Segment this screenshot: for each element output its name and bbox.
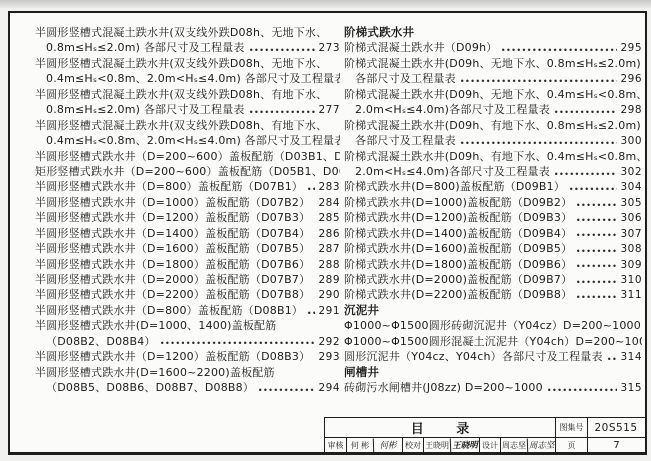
- toc-page-number: 315: [620, 381, 642, 395]
- toc-column-left: 半圆形竖槽式混凝土跌水井(双支线外跌D08h、无地下水、 0.8m≤Hₛ≤2.0…: [35, 25, 340, 396]
- toc-entry: 阶梯式跌水井(D=2200)盖板配筋（D09B8）311: [344, 287, 642, 302]
- toc-heading-text: 沉泥井: [344, 303, 379, 318]
- toc-entry-text: 半圆形竖槽式跌水井（D=1800）盖板配筋（D07B6）: [35, 257, 310, 272]
- toc-entry-text: 半圆形竖槽式跌水井（D=800）盖板配筋（D08B1）: [35, 303, 303, 318]
- toc-entry: （D08B2、D08B4）292: [35, 334, 340, 349]
- dot-leader: [576, 275, 617, 285]
- toc-page-number: 307: [620, 227, 642, 241]
- toc-entry-text: 圆形沉泥井（Y04cz、Y04ch）各部尺寸及工程量表: [344, 349, 603, 364]
- toc-entry: 半圆形竖槽式跌水井(D=1600~2200)盖板配筋: [35, 365, 340, 380]
- dot-leader: [576, 290, 617, 300]
- dot-leader: [314, 259, 315, 269]
- toc-entry: 各部尺寸及工程量表300: [344, 133, 642, 148]
- toc-page-number: 289: [318, 273, 340, 287]
- design-signature: 周志坚: [527, 438, 555, 453]
- toc-page-number: 296: [620, 72, 642, 86]
- toc-entry-text: （D08B2、D08B4）: [46, 334, 156, 349]
- dot-leader: [576, 213, 617, 223]
- toc-entry: 阶梯式跌水井(D=1200)盖板配筋（D09B3）306: [344, 210, 642, 225]
- toc-entry: 半圆形竖槽式跌水井（D=1600）盖板配筋（D07B5）287: [35, 241, 340, 256]
- toc-entry-text: 半圆形竖槽式跌水井（D=2200）盖板配筋（D07B8）: [35, 287, 310, 302]
- toc-entry-text: 半圆形竖槽式跌水井（D=1000）盖板配筋（D07B2）: [35, 195, 310, 210]
- toc-entry: 半圆形竖槽式跌水井（D=200~600）盖板配筋（D03B1、D04B1）281: [35, 149, 340, 164]
- toc-entry: 0.8m≤Hₛ≤2.0m) 各部尺寸及工程量表277: [35, 102, 340, 117]
- toc-entry-text: 半圆形竖槽式混凝土跌水井(双支线外跌D08h、有地下水、: [35, 87, 327, 102]
- dot-leader: [554, 105, 618, 115]
- review-label: 审核: [325, 438, 346, 452]
- dot-leader: [314, 213, 315, 223]
- atlas-number-value: 20S515: [587, 418, 644, 437]
- toc-entry-text: 0.4m≤Hₛ<0.8m、2.0m<Hₛ≤4.0m) 各部尺寸及工程量表: [46, 71, 340, 86]
- dot-leader: [249, 43, 316, 53]
- toc-page-number: 288: [318, 258, 340, 272]
- toc-heading-text: 阶梯式跌水井: [344, 25, 414, 40]
- toc-entry: 半圆形竖槽式跌水井（D=1000）盖板配筋（D07B2）284: [35, 195, 340, 210]
- toc-page-number: 302: [620, 165, 642, 179]
- toc-entry-text: 半圆形竖槽式跌水井（D=1200）盖板配筋（D08B3）: [35, 349, 310, 364]
- toc-page-number: 311: [620, 288, 642, 302]
- check-label: 校对: [402, 438, 423, 452]
- toc-entry: 阶梯式跌水井(D=1600)盖板配筋（D09B5）308: [344, 241, 642, 256]
- toc-entry-text: 半圆形竖槽式跌水井(D=1000、1400)盖板配筋: [35, 318, 276, 333]
- toc-entry: 半圆形竖槽式跌水井（D=1800）盖板配筋（D07B6）288: [35, 257, 340, 272]
- toc-entry-text: Φ1000~Φ1500圆形混凝土沉泥井（Y04ch）D=200~1000: [344, 334, 642, 349]
- toc-entry: 半圆形竖槽式跌水井（D=800）盖板配筋（D07B1）283: [35, 179, 340, 194]
- dot-leader: [501, 43, 617, 53]
- toc-page-number: 308: [620, 242, 642, 256]
- toc-entry-text: 半圆形竖槽式混凝土跌水井(双支线外跌D08h、无地下水、: [35, 56, 327, 71]
- toc-entry: 2.0m<Hₛ≤4.0m)各部尺寸及工程量表302: [344, 164, 642, 179]
- toc-entry: 阶梯式跌水井(D=1800)盖板配筋（D09B6）309: [344, 257, 642, 272]
- dot-leader: [576, 244, 617, 254]
- toc-entry: 阶梯式混凝土跌水井(D09h、无地下水、0.4m≤Hₛ<0.8m、: [344, 87, 642, 102]
- dot-leader: [314, 198, 315, 208]
- dot-leader: [314, 244, 315, 254]
- toc-heading-text: 闸槽井: [344, 365, 379, 380]
- dot-leader: [307, 306, 315, 316]
- toc-entry-text: 阶梯式跌水井(D=1800)盖板配筋（D09B6）: [344, 257, 572, 272]
- dot-leader: [307, 182, 315, 192]
- toc-entry-text: 阶梯式混凝土跌水井(D09h、无地下水、0.4m≤Hₛ<0.8m、: [344, 87, 642, 102]
- toc-page-number: 290: [318, 288, 340, 302]
- toc-entry-text: 阶梯式跌水井(D=1000)盖板配筋（D09B2）: [344, 195, 572, 210]
- toc-entry-text: 阶梯式跌水井(D=2200)盖板配筋（D09B8）: [344, 287, 572, 302]
- toc-entry: 半圆形竖槽式混凝土跌水井(双支线外跌D08h、无地下水、: [35, 25, 340, 40]
- toc-entry-text: 半圆形竖槽式跌水井（D=2000）盖板配筋（D07B7）: [35, 272, 310, 287]
- toc-entry: 半圆形竖槽式跌水井（D=1400）盖板配筋（D07B4）286: [35, 226, 340, 241]
- toc-page-number: 286: [318, 227, 340, 241]
- toc-entry-text: 砖砌污水闸槽井(J08zz) D=200~1000: [344, 380, 543, 395]
- toc-entry: 0.8m≤Hₛ≤2.0m) 各部尺寸及工程量表273: [35, 40, 340, 55]
- dot-leader: [160, 336, 316, 346]
- toc-page-number: 293: [318, 350, 340, 364]
- toc-page-number: 284: [318, 196, 340, 210]
- toc-entry: 2.0m<Hₛ≤4.0m)各部尺寸及工程量表298: [344, 102, 642, 117]
- toc-entry-text: 阶梯式跌水井(D=1200)盖板配筋（D09B3）: [344, 210, 572, 225]
- toc-page-number: 306: [620, 211, 642, 225]
- toc-entry: 阶梯式跌水井(D=800)盖板配筋（D09B1）304: [344, 179, 642, 194]
- dot-leader: [569, 182, 617, 192]
- toc-page-number: 287: [318, 242, 340, 256]
- review-signature: 何彬: [373, 437, 402, 452]
- check-name: 王晓明: [423, 438, 450, 452]
- title-block: 目 录 图集号 20S515 审核 何 彬 何彬 校对 王晓明 王晓明 设计 周…: [324, 417, 645, 452]
- toc-entry: 阶梯式跌水井(D=1400)盖板配筋（D09B4）307: [344, 226, 642, 241]
- dot-leader: [547, 383, 618, 393]
- toc-entry-text: 半圆形竖槽式跌水井（D=1400）盖板配筋（D07B4）: [35, 226, 310, 241]
- toc-entry-text: 2.0m<Hₛ≤4.0m)各部尺寸及工程量表: [355, 102, 550, 117]
- toc-entry-text: 各部尺寸及工程量表: [355, 71, 456, 86]
- dot-leader: [314, 352, 315, 362]
- toc-entry-text: Φ1000~Φ1500圆形砖砌沉泥井（Y04cz）D=200~1000: [344, 318, 641, 333]
- page-label: 页: [555, 438, 587, 452]
- toc-entry: 半圆形竖槽式跌水井（D=800）盖板配筋（D08B1）291: [35, 303, 340, 318]
- dot-leader: [249, 105, 316, 115]
- check-signature: 王晓明: [450, 437, 479, 452]
- toc-entry-text: 阶梯式混凝土跌水井(D09h、有地下水、0.8m≤Hₛ≤2.0m): [344, 118, 641, 133]
- toc-entry-text: 半圆形竖槽式跌水井（D=1200）盖板配筋（D07B3）: [35, 210, 310, 225]
- toc-entry-text: 半圆形竖槽式混凝土跌水井(双支线外跌D08h、有地下水、: [35, 118, 327, 133]
- toc-entry: 半圆形竖槽式跌水井(D=1000、1400)盖板配筋: [35, 318, 340, 333]
- toc-section-heading: 沉泥井: [344, 303, 642, 318]
- toc-entry-text: 0.8m≤Hₛ≤2.0m) 各部尺寸及工程量表: [46, 102, 245, 117]
- toc-entry-text: 阶梯式跌水井(D=1400)盖板配筋（D09B4）: [344, 226, 572, 241]
- toc-entry: 砖砌污水闸槽井(J08zz) D=200~1000315: [344, 380, 642, 395]
- toc-entry: 阶梯式混凝土跌水井（D09h）295: [344, 40, 642, 55]
- toc-section-heading: 阶梯式跌水井: [344, 25, 642, 40]
- toc-entry: 半圆形竖槽式跌水井（D=1200）盖板配筋（D07B3）285: [35, 210, 340, 225]
- scan-edge-band: [0, 0, 651, 8]
- toc-entry-text: 半圆形竖槽式跌水井(D=1600~2200)盖板配筋: [35, 365, 275, 380]
- toc-entry: 0.4m≤Hₛ<0.8m、2.0m<Hₛ≤4.0m) 各部尺寸及工程量表279: [35, 133, 340, 148]
- toc-page-number: 300: [620, 134, 642, 148]
- dot-leader: [576, 259, 617, 269]
- toc-page-number: 305: [620, 196, 642, 210]
- toc-entry: Φ1000~Φ1500圆形砖砌沉泥井（Y04cz）D=200~1000312: [344, 318, 642, 333]
- atlas-number-label: 图集号: [555, 418, 587, 437]
- toc-entry-text: 半圆形竖槽式跌水井（D=800）盖板配筋（D07B1）: [35, 179, 303, 194]
- dot-leader: [460, 136, 618, 146]
- toc-entry: 阶梯式混凝土跌水井(D09h、无地下水、0.8m≤Hₛ≤2.0m): [344, 56, 642, 71]
- toc-entry: 各部尺寸及工程量表296: [344, 71, 642, 86]
- dot-leader: [258, 383, 315, 393]
- toc-page-number: 294: [318, 381, 340, 395]
- dot-leader: [554, 167, 618, 177]
- toc-entry-text: （D08B5、D08B6、D08B7、D08B8）: [46, 380, 254, 395]
- dot-leader: [460, 74, 618, 84]
- toc-page-number: 291: [318, 304, 340, 318]
- toc-entry: 半圆形竖槽式混凝土跌水井(双支线外跌D08h、有地下水、: [35, 87, 340, 102]
- toc-entry-text: 阶梯式跌水井(D=800)盖板配筋（D09B1）: [344, 179, 565, 194]
- review-name: 何 彬: [346, 438, 373, 452]
- design-name: 周志坚: [500, 438, 527, 452]
- toc-entry: 矩形竖槽式跌水井（D=200~600）盖板配筋（D05B1、D06B1）282: [35, 164, 340, 179]
- toc-entry: 圆形沉泥井（Y04cz、Y04ch）各部尺寸及工程量表314: [344, 349, 642, 364]
- document-page: 半圆形竖槽式混凝土跌水井(双支线外跌D08h、无地下水、 0.8m≤Hₛ≤2.0…: [0, 0, 651, 461]
- toc-entry: 半圆形竖槽式跌水井（D=1200）盖板配筋（D08B3）293: [35, 349, 340, 364]
- toc-entry: Φ1000~Φ1500圆形混凝土沉泥井（Y04ch）D=200~1000313: [344, 334, 642, 349]
- drawing-frame: 半圆形竖槽式混凝土跌水井(双支线外跌D08h、无地下水、 0.8m≤Hₛ≤2.0…: [8, 11, 647, 455]
- toc-entry-text: 阶梯式混凝土跌水井(D09h、有地下水、0.4m≤Hₛ<0.8m、: [344, 149, 642, 164]
- toc-entry-text: 2.0m<Hₛ≤4.0m)各部尺寸及工程量表: [355, 164, 550, 179]
- toc-entry-text: 阶梯式混凝土跌水井(D09h、无地下水、0.8m≤Hₛ≤2.0m): [344, 56, 641, 71]
- toc-entry-text: 半圆形竖槽式混凝土跌水井(双支线外跌D08h、无地下水、: [35, 25, 327, 40]
- toc-entry-text: 矩形竖槽式跌水井（D=200~600）盖板配筋（D05B1、D06B1）: [35, 164, 340, 179]
- toc-entry: 半圆形竖槽式混凝土跌水井(双支线外跌D08h、无地下水、: [35, 56, 340, 71]
- toc-page-number: 277: [318, 103, 340, 117]
- toc-entry-text: 各部尺寸及工程量表: [355, 133, 456, 148]
- design-label: 设计: [479, 438, 500, 452]
- toc-entry: 阶梯式跌水井(D=2000)盖板配筋（D09B7）310: [344, 272, 642, 287]
- toc-page-number: 298: [620, 103, 642, 117]
- toc-column-right: 阶梯式跌水井 阶梯式混凝土跌水井（D09h）295 阶梯式混凝土跌水井(D09h…: [344, 25, 642, 396]
- toc-entry: 0.4m≤Hₛ<0.8m、2.0m<Hₛ≤4.0m) 各部尺寸及工程量表275: [35, 71, 340, 86]
- toc-entry-text: 半圆形竖槽式跌水井（D=200~600）盖板配筋（D03B1、D04B1）: [35, 149, 340, 164]
- toc-section-heading: 闸槽井: [344, 365, 642, 380]
- toc-entry-text: 0.8m≤Hₛ≤2.0m) 各部尺寸及工程量表: [46, 40, 245, 55]
- toc-entry: 半圆形竖槽式混凝土跌水井(双支线外跌D08h、有地下水、: [35, 118, 340, 133]
- toc-entry: （D08B5、D08B6、D08B7、D08B8）294: [35, 380, 340, 395]
- toc-page-number: 295: [620, 41, 642, 55]
- toc-page-number: 285: [318, 211, 340, 225]
- dot-leader: [314, 228, 315, 238]
- toc-entry-text: 阶梯式混凝土跌水井（D09h）: [344, 40, 497, 55]
- toc-entry: 半圆形竖槽式跌水井（D=2000）盖板配筋（D07B7）289: [35, 272, 340, 287]
- dot-leader: [314, 275, 315, 285]
- toc-page-number: 292: [318, 335, 340, 349]
- toc-entry: 阶梯式跌水井(D=1000)盖板配筋（D09B2）305: [344, 195, 642, 210]
- dot-leader: [576, 198, 617, 208]
- toc-page-number: 310: [620, 273, 642, 287]
- toc-entry: 阶梯式混凝土跌水井(D09h、有地下水、0.8m≤Hₛ≤2.0m): [344, 118, 642, 133]
- toc-entry-text: 半圆形竖槽式跌水井（D=1600）盖板配筋（D07B5）: [35, 241, 310, 256]
- dot-leader: [607, 352, 618, 362]
- toc-entry-text: 阶梯式跌水井(D=1600)盖板配筋（D09B5）: [344, 241, 572, 256]
- toc-entry-text: 阶梯式跌水井(D=2000)盖板配筋（D09B7）: [344, 272, 572, 287]
- toc-page-number: 283: [318, 180, 340, 194]
- page-number-value: 7: [587, 438, 645, 452]
- toc-page-number: 314: [620, 350, 642, 364]
- doc-title: 目 录: [325, 418, 555, 437]
- toc-entry: 半圆形竖槽式跌水井（D=2200）盖板配筋（D07B8）290: [35, 287, 340, 302]
- toc-page-number: 273: [318, 41, 340, 55]
- toc-entry: 阶梯式混凝土跌水井(D09h、有地下水、0.4m≤Hₛ<0.8m、: [344, 149, 642, 164]
- toc-page-number: 309: [620, 258, 642, 272]
- dot-leader: [314, 290, 315, 300]
- dot-leader: [576, 228, 617, 238]
- toc-entry-text: 0.4m≤Hₛ<0.8m、2.0m<Hₛ≤4.0m) 各部尺寸及工程量表: [46, 133, 340, 148]
- toc-page-number: 304: [620, 180, 642, 194]
